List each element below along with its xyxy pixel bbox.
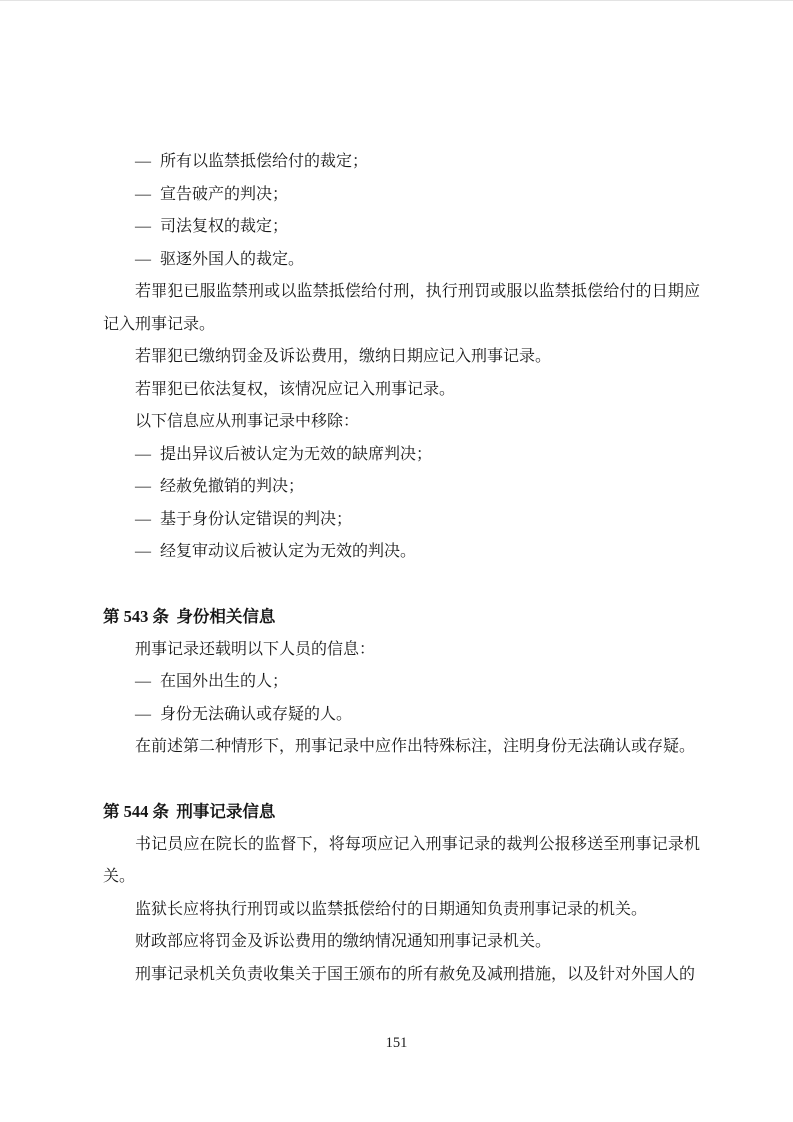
list-item-text: 司法复权的裁定； [160,218,288,235]
list-item: —司法复权的裁定； [103,211,700,244]
article-heading: 第 544 条刑事记录信息 [103,796,700,829]
paragraph: 以下信息应从刑事记录中移除： [103,406,700,439]
list-item: —在国外出生的人； [103,666,700,699]
paragraph: 若罪犯已缴纳罚金及诉讼费用，缴纳日期应记入刑事记录。 [103,341,700,374]
list-item: —经复审动议后被认定为无效的判决。 [103,536,700,569]
list-item: —基于身份认定错误的判决； [103,504,700,537]
page-footer: 151 [0,1031,793,1055]
paragraph: 若罪犯已依法复权，该情况应记入刑事记录。 [103,374,700,407]
paragraph: 财政部应将罚金及诉讼费用的缴纳情况通知刑事记录机关。 [103,926,700,959]
dash-marker: — [135,211,151,244]
dash-marker: — [135,536,151,569]
list-item: —所有以监禁抵偿给付的裁定； [103,146,700,179]
dash-marker: — [135,666,151,699]
paragraph: 在前述第二种情形下，刑事记录中应作出特殊标注，注明身份无法确认或存疑。 [103,731,700,764]
article-number: 第 543 条 [103,607,169,626]
list-item-text: 身份无法确认或存疑的人。 [160,706,352,723]
document-page: —所有以监禁抵偿给付的裁定；—宣告破产的判决；—司法复权的裁定；—驱逐外国人的裁… [0,0,793,1122]
list-item: —宣告破产的判决； [103,179,700,212]
page-number: 151 [386,1035,408,1051]
dash-marker: — [135,244,151,277]
list-item-text: 所有以监禁抵偿给付的裁定； [160,153,368,170]
paragraph: 书记员应在院长的监督下，将每项应记入刑事记录的裁判公报移送至刑事记录机关。 [103,829,700,894]
list-item-text: 经复审动议后被认定为无效的判决。 [160,543,416,560]
dash-marker: — [135,179,151,212]
document-body: —所有以监禁抵偿给付的裁定；—宣告破产的判决；—司法复权的裁定；—驱逐外国人的裁… [103,146,700,991]
paragraph: 刑事记录还载明以下人员的信息： [103,634,700,667]
list-item-text: 基于身份认定错误的判决； [160,511,352,528]
dash-marker: — [135,504,151,537]
article-title: 身份相关信息 [176,607,275,626]
dash-marker: — [135,471,151,504]
list-item: —提出异议后被认定为无效的缺席判决； [103,439,700,472]
paragraph: 若罪犯已服监禁刑或以监禁抵偿给付刑，执行刑罚或服以监禁抵偿给付的日期应记入刑事记… [103,276,700,341]
article-number: 第 544 条 [103,802,169,821]
paragraph: 监狱长应将执行刑罚或以监禁抵偿给付的日期通知负责刑事记录的机关。 [103,894,700,927]
list-item-text: 驱逐外国人的裁定。 [160,251,304,268]
dash-marker: — [135,146,151,179]
list-item-text: 经赦免撤销的判决； [160,478,304,495]
paragraph: 刑事记录机关负责收集关于国王颁布的所有赦免及减刑措施，以及针对外国人的 [103,959,700,992]
list-item: —身份无法确认或存疑的人。 [103,699,700,732]
dash-marker: — [135,439,151,472]
list-item: —驱逐外国人的裁定。 [103,244,700,277]
list-item: —经赦免撤销的判决； [103,471,700,504]
list-item-text: 宣告破产的判决； [160,186,288,203]
article-title: 刑事记录信息 [176,802,275,821]
list-item-text: 在国外出生的人； [160,673,288,690]
list-item-text: 提出异议后被认定为无效的缺席判决； [160,446,432,463]
article-heading: 第 543 条身份相关信息 [103,601,700,634]
page-top-edge [0,0,793,1]
dash-marker: — [135,699,151,732]
